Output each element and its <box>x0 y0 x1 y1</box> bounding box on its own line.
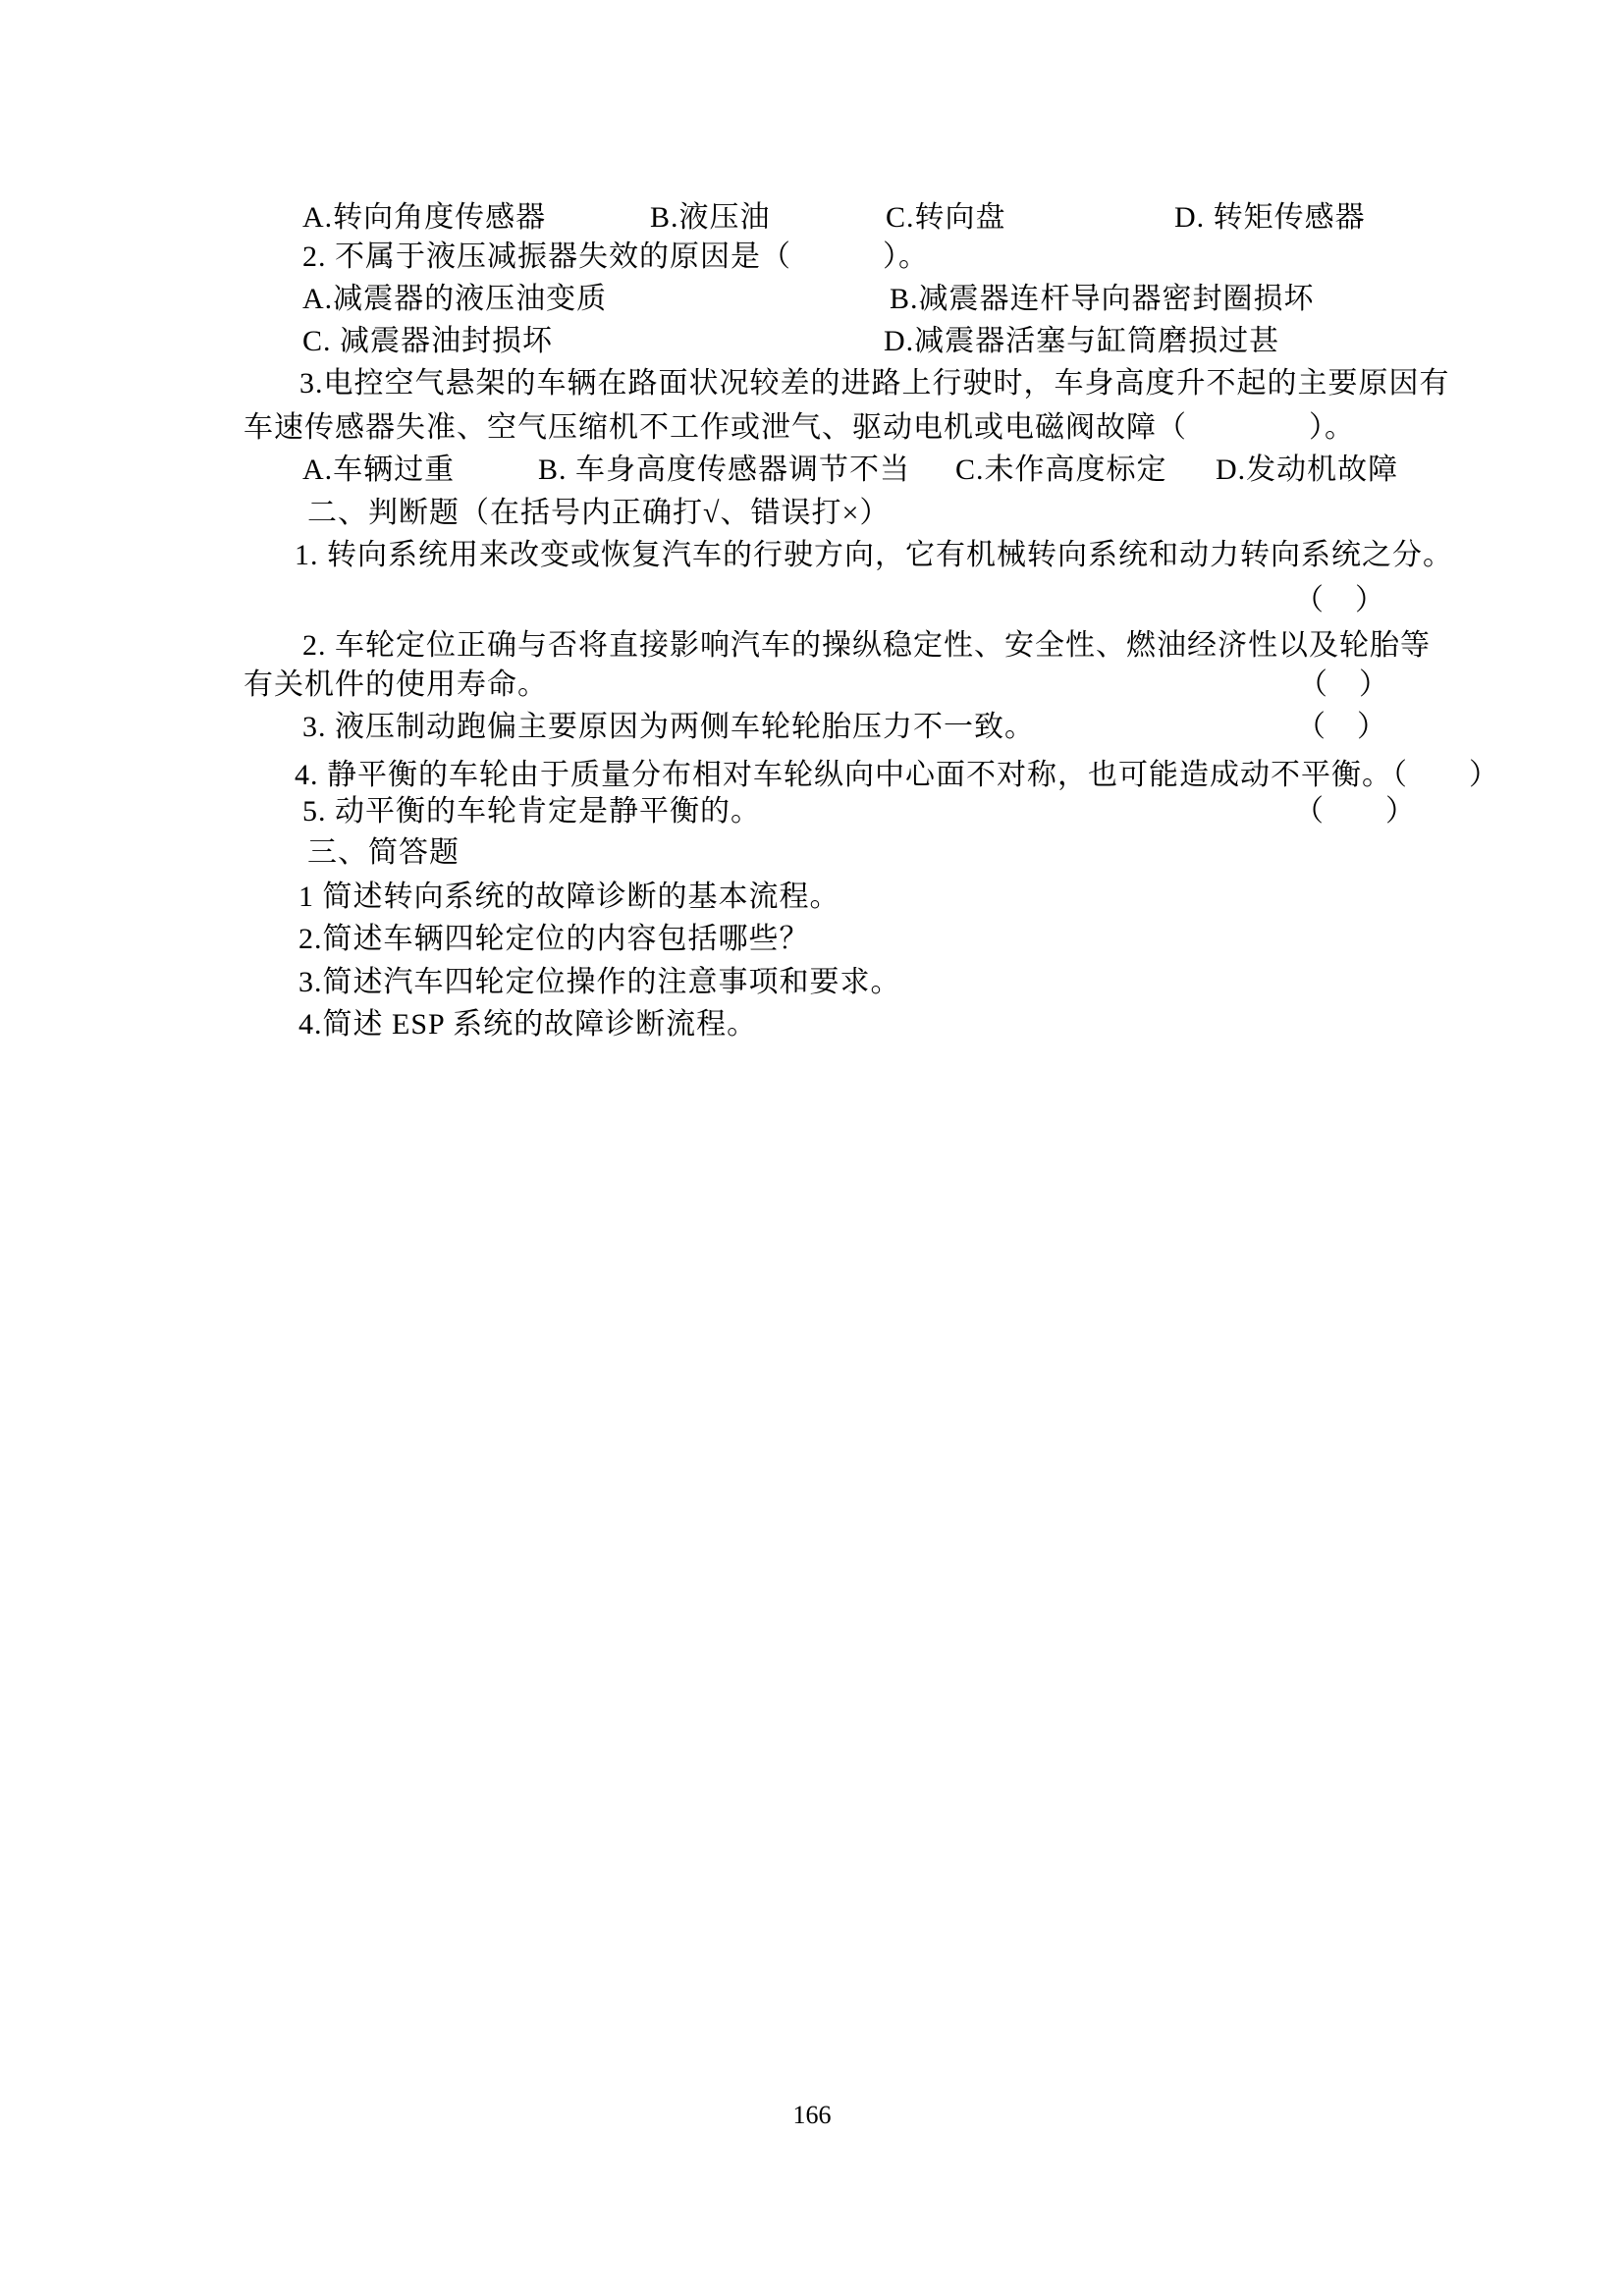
choice-q3-stem-line2: 车速传感器失准、空气压缩机不工作或泄气、驱动电机或电磁阀故障（ ）。 <box>244 413 1355 443</box>
choice-q3-option-d: D.发动机故障 <box>1216 455 1398 485</box>
judgment-q3-text: 3. 液压制动跑偏主要原因为两侧车轮轮胎压力不一致。 <box>302 713 1035 742</box>
choice-q1-option-d: D. 转矩传感器 <box>1174 203 1366 233</box>
judgment-q1-answer-blank: （ ） <box>1294 586 1385 615</box>
judgment-q1-text: 1. 转向系统用来改变或恢复汽车的行驶方向，它有机械转向系统和动力转向系统之分。 <box>295 541 1453 570</box>
choice-q3-option-c: C.未作高度标定 <box>955 455 1167 485</box>
saq-section-header: 三、简答题 <box>307 838 460 868</box>
choice-q3-option-a: A.车辆过重 <box>302 455 455 485</box>
saq-item-2: 2.简述车辆四轮定位的内容包括哪些？ <box>298 925 810 954</box>
choice-q2-stem: 2. 不属于液压减振器失效的原因是（ ）。 <box>302 242 929 272</box>
judgment-q4-text: 4. 静平衡的车轮由于质量分布相对车轮纵向中心面不对称，也可能造成动不平衡。（ … <box>295 761 1499 790</box>
judgment-q3-answer-blank: （ ） <box>1296 713 1387 742</box>
choice-q2-option-b: B.减震器连杆导向器密封圈损坏 <box>890 285 1315 314</box>
saq-item-3: 3.简述汽车四轮定位操作的注意事项和要求。 <box>298 968 901 997</box>
judgment-q5-answer-blank: （ ） <box>1294 797 1416 827</box>
saq-item-4: 4.简述 ESP 系统的故障诊断流程。 <box>298 1010 757 1040</box>
choice-q2-option-c: C. 减震器油封损坏 <box>302 327 553 356</box>
judgment-section-header: 二、判断题（在括号内正确打√、错误打×） <box>307 499 890 528</box>
judgment-q5-text: 5. 动平衡的车轮肯定是静平衡的。 <box>302 797 761 827</box>
saq-item-1: 1 简述转向系统的故障诊断的基本流程。 <box>298 882 840 912</box>
page-number: 166 <box>0 2103 1624 2128</box>
choice-q3-option-b: B. 车身高度传感器调节不当 <box>538 455 910 485</box>
judgment-q2-answer-blank: （ ） <box>1298 670 1389 700</box>
choice-q1-option-a: A.转向角度传感器 <box>302 203 546 233</box>
judgment-q2-line2: 有关机件的使用寿命。 <box>244 670 548 700</box>
document-page: A.转向角度传感器 B.液压油 C.转向盘 D. 转矩传感器 2. 不属于液压减… <box>0 0 1624 2296</box>
choice-q3-stem-line1: 3.电控空气悬架的车辆在路面状况较差的进路上行驶时，车身高度升不起的主要原因有 <box>299 369 1450 399</box>
judgment-q2-line1: 2. 车轮定位正确与否将直接影响汽车的操纵稳定性、安全性、燃油经济性以及轮胎等 <box>302 631 1431 661</box>
choice-q1-option-c: C.转向盘 <box>886 203 1006 233</box>
choice-q1-option-b: B.液压油 <box>650 203 771 233</box>
choice-q2-option-d: D.减震器活塞与缸筒磨损过甚 <box>884 327 1279 356</box>
choice-q2-option-a: A.减震器的液压油变质 <box>302 285 607 314</box>
